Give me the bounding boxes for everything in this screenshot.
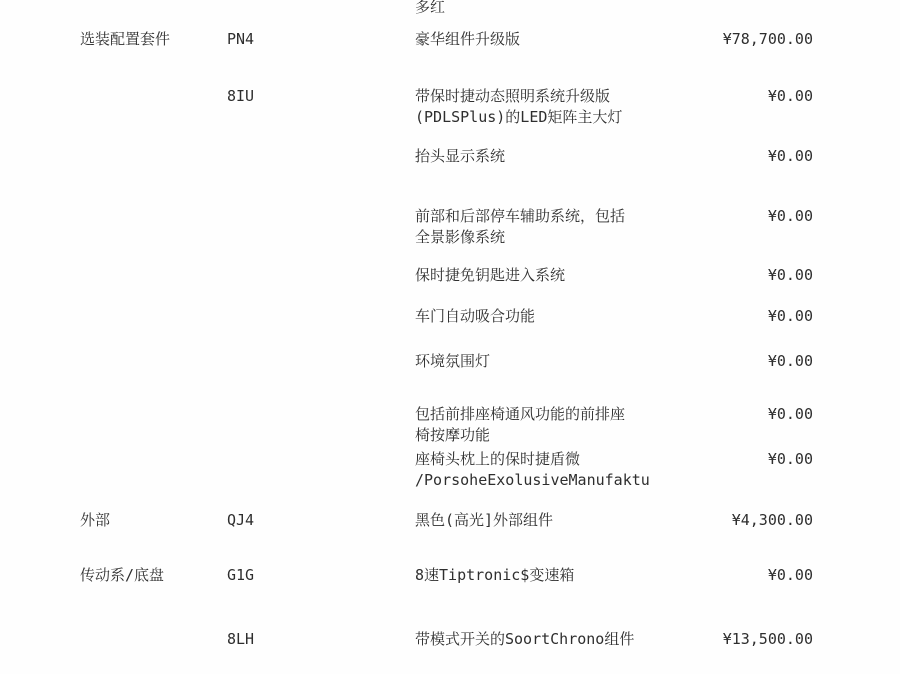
price-cell: ¥78,700.00 (723, 29, 813, 50)
description-line: 带模式开关的SoortChrono组件 (415, 629, 745, 650)
price-cell: ¥13,500.00 (723, 629, 813, 650)
description-line: 8速Tiptronic$变速箱 (415, 565, 745, 586)
description-line: /PorsoheExolusiveManufaktu (415, 470, 745, 491)
option-row: 多红 (0, 0, 900, 18)
description-line: 前部和后部停车辅助系统，包括 (415, 206, 745, 227)
description-cell: 带模式开关的SoortChrono组件 (415, 629, 745, 650)
option-row: 座椅头枕上的保时捷盾微/PorsoheExolusiveManufaktu¥0.… (0, 449, 900, 470)
description-line: 多红 (415, 0, 745, 18)
description-line: 椅按摩功能 (415, 425, 745, 446)
description-line: 环境氛围灯 (415, 351, 745, 372)
option-code-cell: 8LH (227, 629, 254, 650)
option-row: 传动系/底盘G1G8速Tiptronic$变速箱¥0.00 (0, 565, 900, 586)
option-row: 保时捷免钥匙进入系统¥0.00 (0, 265, 900, 286)
option-row: 选装配置套件PN4豪华组件升级版¥78,700.00 (0, 29, 900, 50)
option-code-cell: 8IU (227, 86, 254, 107)
price-cell: ¥4,300.00 (732, 510, 813, 531)
option-row: 车门自动吸合功能¥0.00 (0, 306, 900, 327)
options-price-document: 多红选装配置套件PN4豪华组件升级版¥78,700.008IU带保时捷动态照明系… (0, 0, 900, 674)
description-line: 带保时捷动态照明系统升级版 (415, 86, 745, 107)
category-cell: 外部 (80, 510, 110, 531)
price-cell: ¥0.00 (768, 565, 813, 586)
description-cell: 座椅头枕上的保时捷盾微/PorsoheExolusiveManufaktu (415, 449, 745, 490)
option-row: 8LH带模式开关的SoortChrono组件¥13,500.00 (0, 629, 900, 650)
description-line: 座椅头枕上的保时捷盾微 (415, 449, 745, 470)
option-code-cell: PN4 (227, 29, 254, 50)
description-cell: 8速Tiptronic$变速箱 (415, 565, 745, 586)
price-cell: ¥0.00 (768, 449, 813, 470)
option-row: 抬头显示系统¥0.00 (0, 146, 900, 167)
price-cell: ¥0.00 (768, 306, 813, 327)
option-code-cell: G1G (227, 565, 254, 586)
description-cell: 车门自动吸合功能 (415, 306, 745, 327)
description-line: 包括前排座椅通风功能的前排座 (415, 404, 745, 425)
description-cell: 带保时捷动态照明系统升级版(PDLSPlus)的LED矩阵主大灯 (415, 86, 745, 127)
option-code-cell: QJ4 (227, 510, 254, 531)
price-cell: ¥0.00 (768, 206, 813, 227)
description-cell: 环境氛围灯 (415, 351, 745, 372)
option-row: 前部和后部停车辅助系统，包括全景影像系统¥0.00 (0, 206, 900, 227)
option-row: 8IU带保时捷动态照明系统升级版(PDLSPlus)的LED矩阵主大灯¥0.00 (0, 86, 900, 107)
description-line: 黑色(高光]外部组件 (415, 510, 745, 531)
description-cell: 包括前排座椅通风功能的前排座椅按摩功能 (415, 404, 745, 445)
description-line: (PDLSPlus)的LED矩阵主大灯 (415, 107, 745, 128)
description-line: 豪华组件升级版 (415, 29, 745, 50)
description-line: 抬头显示系统 (415, 146, 745, 167)
price-cell: ¥0.00 (768, 146, 813, 167)
description-cell: 前部和后部停车辅助系统，包括全景影像系统 (415, 206, 745, 247)
description-cell: 豪华组件升级版 (415, 29, 745, 50)
price-cell: ¥0.00 (768, 265, 813, 286)
description-cell: 黑色(高光]外部组件 (415, 510, 745, 531)
category-cell: 选装配置套件 (80, 29, 170, 50)
category-cell: 传动系/底盘 (80, 565, 164, 586)
price-cell: ¥0.00 (768, 351, 813, 372)
price-cell: ¥0.00 (768, 86, 813, 107)
description-line: 全景影像系统 (415, 227, 745, 248)
price-cell: ¥0.00 (768, 404, 813, 425)
description-cell: 抬头显示系统 (415, 146, 745, 167)
option-row: 包括前排座椅通风功能的前排座椅按摩功能¥0.00 (0, 404, 900, 425)
description-cell: 保时捷免钥匙进入系统 (415, 265, 745, 286)
option-row: 环境氛围灯¥0.00 (0, 351, 900, 372)
option-row: 外部QJ4黑色(高光]外部组件¥4,300.00 (0, 510, 900, 531)
description-line: 保时捷免钥匙进入系统 (415, 265, 745, 286)
description-line: 车门自动吸合功能 (415, 306, 745, 327)
description-cell: 多红 (415, 0, 745, 18)
